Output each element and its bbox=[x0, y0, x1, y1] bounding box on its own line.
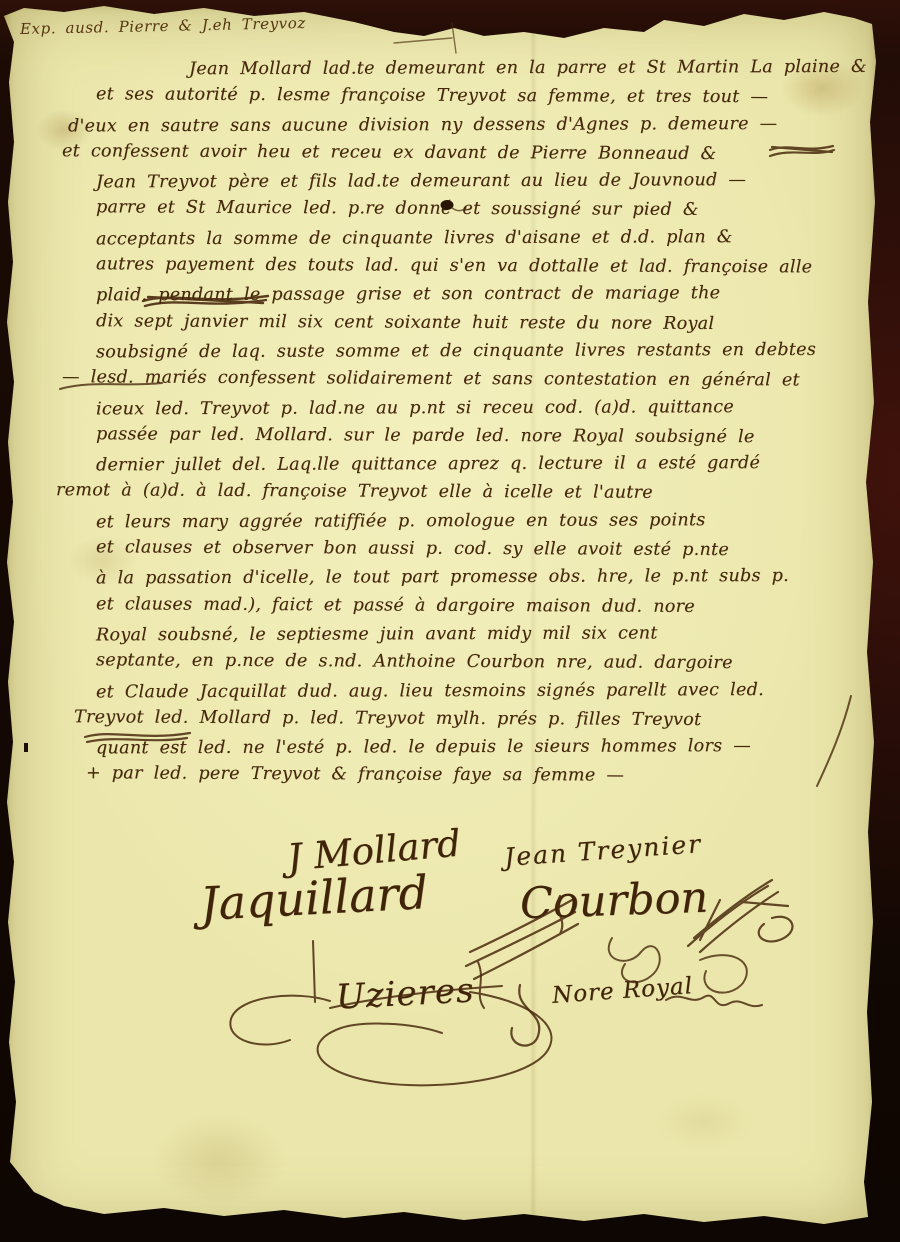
manuscript-line: et ses autorité p. lesme françoise Treyv… bbox=[96, 81, 884, 113]
manuscript-line: autres payement des touts lad. qui s'en … bbox=[96, 250, 884, 282]
notary-title-nore-royal: Nore Royal bbox=[551, 973, 694, 1009]
signature-jaquillard: Jaquillard bbox=[199, 865, 429, 931]
manuscript-line: d'eux en sautre sans aucune division ny … bbox=[68, 109, 884, 140]
signature-notary-name: Uzieres bbox=[335, 970, 475, 1017]
paper-sheet: Exp. ausd. Pierre & J.eh Treyvoz Jean Mo… bbox=[4, 2, 878, 1234]
manuscript-line: dix sept janvier mil six cent soixante h… bbox=[96, 307, 884, 339]
manuscript-line: septante, en p.nce de s.nd. Anthoine Cou… bbox=[96, 647, 884, 679]
manuscript-line: dernier jullet del. Laq.lle quittance ap… bbox=[96, 449, 884, 480]
manuscript-line: et clauses et observer bon aussi p. cod.… bbox=[96, 533, 884, 565]
manuscript-line: — lesd. mariés confessent solidairement … bbox=[62, 363, 884, 395]
photograph-of-manuscript: Exp. ausd. Pierre & J.eh Treyvoz Jean Mo… bbox=[0, 0, 900, 1242]
manuscript-line: plaid. pendant le passage grise et son c… bbox=[96, 279, 884, 310]
manuscript-line: et clauses mad.), faict et passé à dargo… bbox=[96, 590, 884, 622]
manuscript-line: iceux led. Treyvot p. lad.ne au p.nt si … bbox=[96, 392, 884, 423]
manuscript-line: Royal soubsné, le septiesme juin avant m… bbox=[96, 619, 884, 650]
manuscript-line: + par led. pere Treyvot & françoise faye… bbox=[86, 760, 884, 792]
manuscript-text-block: Jean Mollard lad.te demeurant en la parr… bbox=[4, 54, 884, 790]
signature-courbon: Courbon bbox=[519, 873, 709, 930]
manuscript-line: Jean Treyvot père et fils lad.te demeura… bbox=[96, 166, 884, 197]
manuscript-line: quant est led. ne l'esté p. led. le depu… bbox=[96, 732, 884, 763]
manuscript-line: passée par led. Mollard. sur le parde le… bbox=[96, 420, 884, 452]
manuscript-line: parre et St Maurice led. p.re donné et s… bbox=[96, 194, 884, 226]
top-margin-annotation: Exp. ausd. Pierre & J.eh Treyvoz bbox=[20, 14, 306, 38]
manuscript-line: Treyvot led. Mollard p. led. Treyvot myl… bbox=[74, 703, 884, 735]
manuscript-line: remot à (a)d. à lad. françoise Treyvot e… bbox=[56, 477, 884, 509]
signature-treynier: Jean Treynier bbox=[503, 829, 703, 872]
manuscript-line: et Claude Jacquillat dud. aug. lieu tesm… bbox=[96, 675, 884, 706]
manuscript-line: et leurs mary aggrée ratiffiée p. omolog… bbox=[96, 505, 884, 536]
manuscript-line: à la passation d'icelle, le tout part pr… bbox=[96, 562, 884, 593]
manuscript-line: et confessent avoir heu et receu ex dava… bbox=[62, 137, 884, 169]
manuscript-line: soubsigné de laq. suste somme et de cinq… bbox=[96, 336, 884, 367]
manuscript-line: acceptants la somme de cinquante livres … bbox=[96, 222, 884, 253]
manuscript-line: Jean Mollard lad.te demeurant en la parr… bbox=[189, 53, 884, 84]
